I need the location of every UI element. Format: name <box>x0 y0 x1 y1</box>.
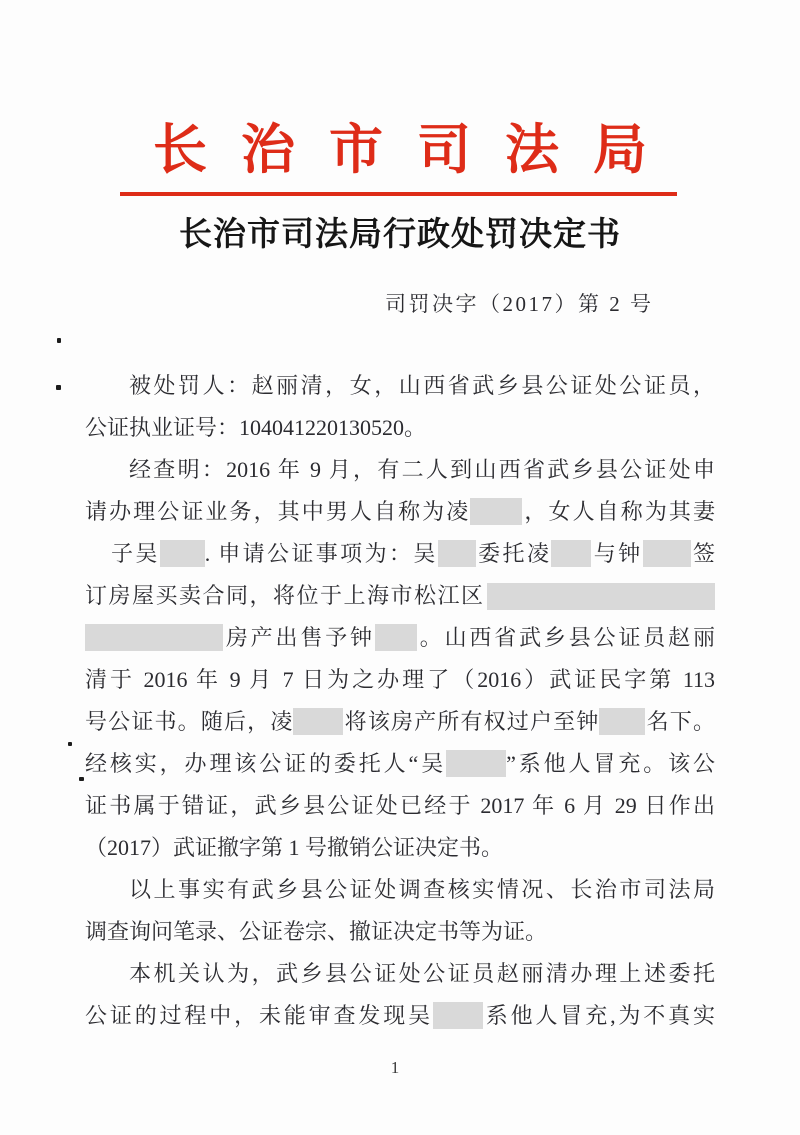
text-segment: 委托凌 <box>476 541 552 566</box>
text-segment: 清于 2016 年 9 月 7 日为之办理了（2016）武证民字第 113 <box>85 667 715 692</box>
text-segment: 签 <box>691 541 715 566</box>
text-line: 经查明：2016 年 9 月，有二人到山西省武乡县公证处申 <box>85 449 715 491</box>
page-number: 1 <box>0 1058 790 1078</box>
text-segment: 与钟 <box>591 541 642 566</box>
redaction-box <box>487 583 715 610</box>
text-line: 公证执业证号：104041220130520。 <box>85 407 715 449</box>
scan-speck <box>56 385 61 390</box>
text-segment: 本机关认为，武乡县公证处公证员赵丽清办理上述委托 <box>129 961 715 986</box>
document-title: 长治市司法局行政处罚决定书 <box>0 216 800 254</box>
text-segment: 经核实，办理该公证的委托人“吴 <box>85 751 446 776</box>
text-line: 房产出售予钟。山西省武乡县公证员赵丽 <box>85 617 715 659</box>
redaction-box <box>160 540 205 567</box>
text-segment: 将该房产所有权过户至钟 <box>343 709 599 734</box>
scan-speck <box>68 742 72 746</box>
text-segment: 证书属于错证，武乡县公证处已经于 2017 年 6 月 29 日作出 <box>85 793 715 818</box>
redaction-box <box>643 540 691 567</box>
scanned-document-page: 长治市司法局 长治市司法局行政处罚决定书 司罚决字（2017）第 2 号 被处罚… <box>0 0 800 1135</box>
text-segment: ”系他人冒充。该公 <box>506 751 715 776</box>
scan-speck <box>57 338 61 343</box>
redaction-box <box>470 498 522 525</box>
redaction-box <box>438 540 476 567</box>
text-segment: 调查询问笔录、公证卷宗、撤证决定书等为证。 <box>85 919 547 944</box>
text-segment: 公证的过程中，未能审查发现吴 <box>85 1003 433 1028</box>
redaction-box <box>433 1002 483 1029</box>
text-segment: 经查明：2016 年 9 月，有二人到山西省武乡县公证处申 <box>129 457 715 482</box>
text-segment: 被处罚人：赵丽清，女，山西省武乡县公证处公证员， <box>129 373 715 398</box>
text-line: 号公证书。随后，凌将该房产所有权过户至钟名下。 <box>85 701 715 743</box>
text-line: 本机关认为，武乡县公证处公证员赵丽清办理上述委托 <box>85 953 715 995</box>
red-divider-rule <box>120 192 677 196</box>
text-segment: 请办理公证业务，其中男人自称为凌 <box>85 499 470 524</box>
redaction-box <box>599 708 645 735</box>
text-segment: 订房屋买卖合同，将位于上海市松江区 <box>85 575 485 617</box>
redaction-box <box>293 708 343 735</box>
text-segment: 名下。 <box>645 709 715 734</box>
text-segment: 房产出售予钟 <box>223 625 375 650</box>
redaction-box <box>375 624 417 651</box>
text-line: 子吴. 申请公证事项为：吴委托凌与钟签 <box>85 533 715 575</box>
text-segment: 系他人冒充,为不真实 <box>483 1003 715 1028</box>
text-segment: . 申请公证事项为：吴 <box>205 541 438 566</box>
text-line: 调查询问笔录、公证卷宗、撤证决定书等为证。 <box>85 911 715 953</box>
text-segment: 以上事实有武乡县公证处调查核实情况、长治市司法局 <box>129 877 715 902</box>
redaction-box <box>85 624 223 651</box>
text-segment: 子吴 <box>111 541 160 566</box>
scan-speck <box>79 777 84 781</box>
issuing-authority-title: 长治市司法局 <box>0 121 800 179</box>
text-line: （2017）武证撤字第 1 号撤销公证决定书。 <box>85 827 715 869</box>
text-line: 请办理公证业务，其中男人自称为凌，女人自称为其妻 <box>85 491 715 533</box>
text-line: 证书属于错证，武乡县公证处已经于 2017 年 6 月 29 日作出 <box>85 785 715 827</box>
redaction-box <box>446 750 506 777</box>
text-segment: 号公证书。随后，凌 <box>85 709 293 734</box>
text-line: 经核实，办理该公证的委托人“吴”系他人冒充。该公 <box>85 743 715 785</box>
document-body: 被处罚人：赵丽清，女，山西省武乡县公证处公证员，公证执业证号：104041220… <box>85 365 715 1037</box>
text-segment: ，女人自称为其妻 <box>522 499 715 524</box>
text-line: 公证的过程中，未能审查发现吴系他人冒充,为不真实 <box>85 995 715 1037</box>
text-line: 订房屋买卖合同，将位于上海市松江区 <box>85 575 715 617</box>
text-line: 清于 2016 年 9 月 7 日为之办理了（2016）武证民字第 113 <box>85 659 715 701</box>
document-number: 司罚决字（2017）第 2 号 <box>385 291 654 317</box>
text-line: 以上事实有武乡县公证处调查核实情况、长治市司法局 <box>85 869 715 911</box>
redaction-box <box>551 540 591 567</box>
text-line: 被处罚人：赵丽清，女，山西省武乡县公证处公证员， <box>85 365 715 407</box>
text-segment: 。山西省武乡县公证员赵丽 <box>417 625 715 650</box>
text-segment: （2017）武证撤字第 1 号撤销公证决定书。 <box>85 835 503 860</box>
text-segment: 公证执业证号：104041220130520。 <box>85 415 426 440</box>
